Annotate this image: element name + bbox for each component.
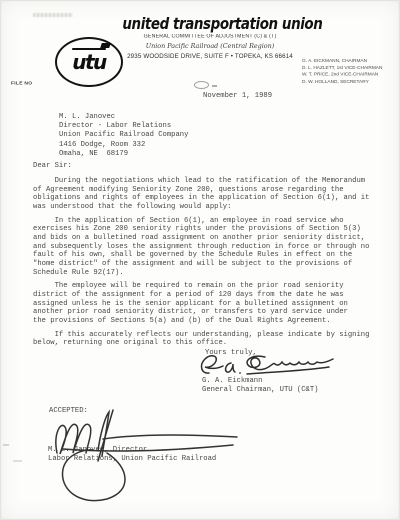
region-line: Union Pacific Railroad (Central Region) xyxy=(101,42,319,50)
scan-artifact xyxy=(13,460,22,462)
paragraph-3: The employee will be required to remain … xyxy=(33,282,385,326)
signer-typed-name: G. A. Eickmann xyxy=(202,377,262,385)
committee-line: GENERAL COMMITTEE OF ADJUSTMENT (C) & (T… xyxy=(114,34,306,39)
officers-list: G. A. EICKMANN, CHAIRMAN D. L. HAZLETT, … xyxy=(302,58,397,86)
headquarters-address: 2935 WOODSIDE DRIVE, SUITE F • TOPEKA, K… xyxy=(101,53,319,60)
form-number-smudge xyxy=(33,13,73,17)
paragraph-4: If this accurately reflects our understa… xyxy=(33,331,385,348)
scan-artifact xyxy=(3,444,9,446)
paragraph-1: During the negotiations which lead to th… xyxy=(33,177,385,212)
signer-typed-title: General Chairman, UTU (C&T) xyxy=(202,386,318,394)
paragraph-2: In the application of Section 6(1), an e… xyxy=(33,217,385,278)
officer-line: D. W. HOLLAND, SECRETARY xyxy=(302,79,397,86)
officer-line: G. A. EICKMANN, CHAIRMAN xyxy=(302,58,397,65)
recipient-address-block: M. L. Janovec Director - Labor Relations… xyxy=(59,113,188,159)
organization-name: united transportation union xyxy=(122,14,315,33)
salutation: Dear Sir: xyxy=(33,162,72,170)
officer-line: D. L. HAZLETT, 1st VICE-CHAIRMAN xyxy=(302,65,397,72)
janovec-handwritten-signature xyxy=(41,409,251,504)
scanned-letter-page: utu united transportation union GENERAL … xyxy=(0,0,400,520)
file-no-label: FILE NO xyxy=(11,81,32,86)
letter-date: November 1, 1989 xyxy=(203,92,272,100)
officer-line: W. T. PRICE, 2nd VICE-CHAIRMAN xyxy=(302,72,397,79)
union-bug-stamp-icon xyxy=(194,81,209,89)
letter-body: During the negotiations which lead to th… xyxy=(33,177,385,353)
